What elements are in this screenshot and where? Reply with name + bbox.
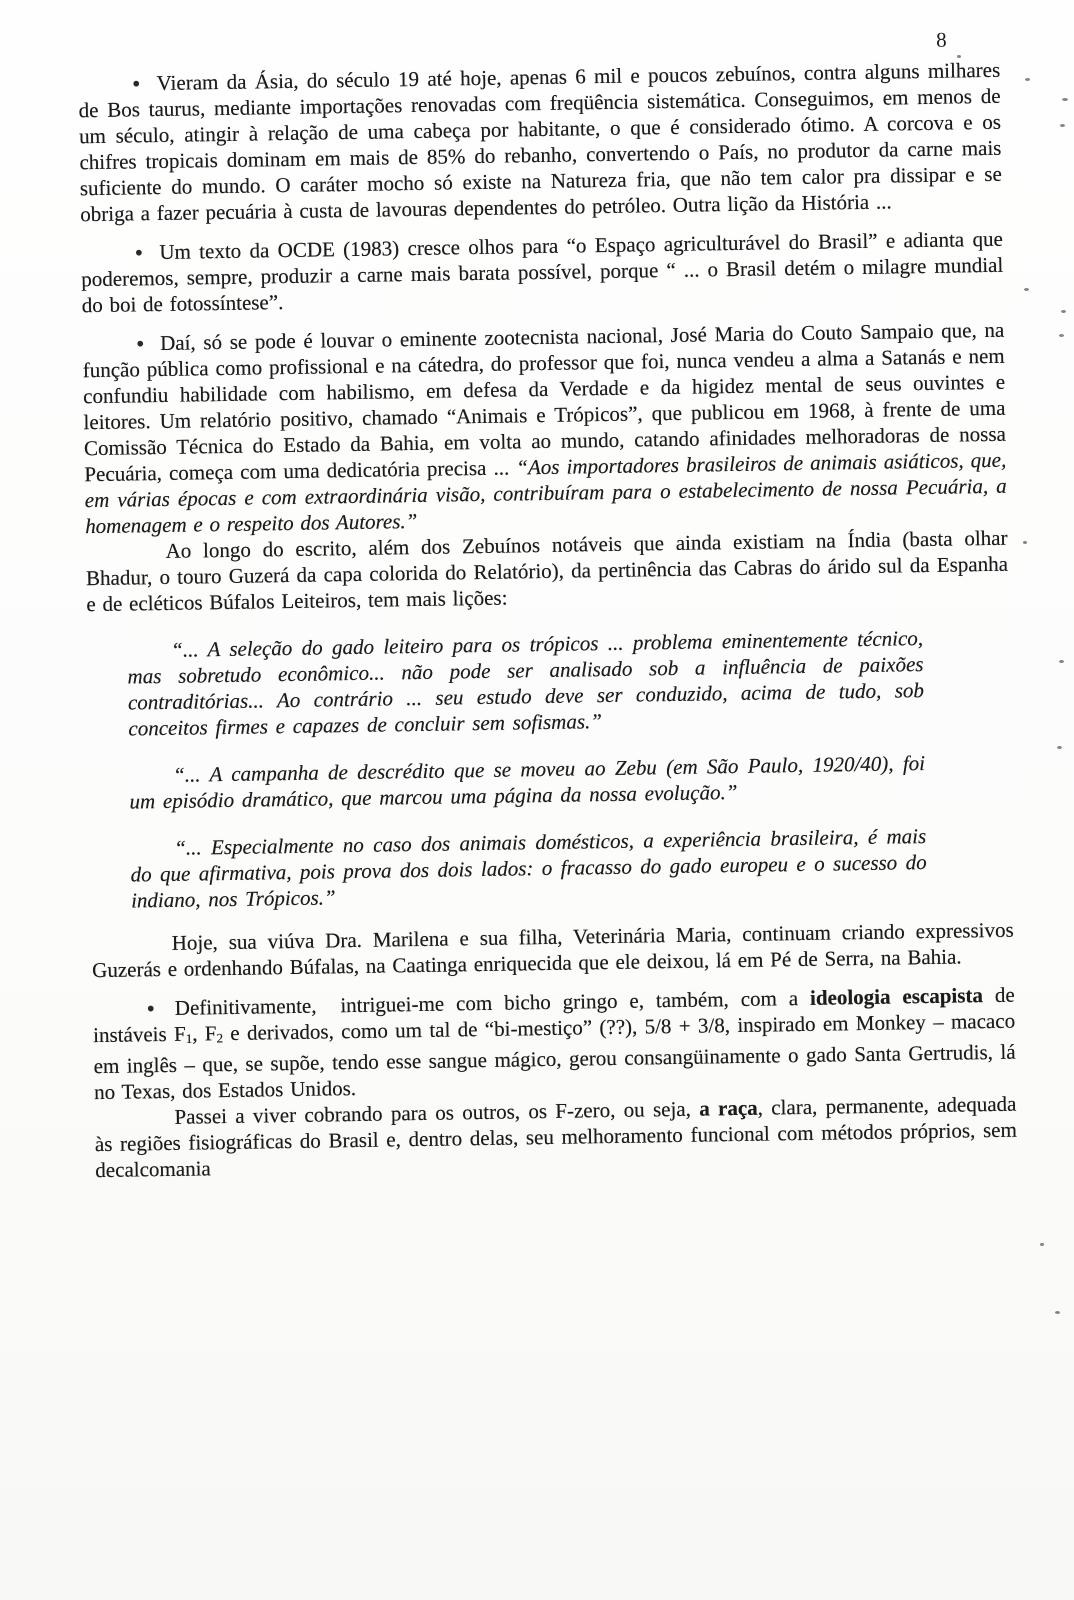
scan-speck [1059, 660, 1064, 663]
text-segment: a raça [699, 1096, 758, 1121]
bullet-icon: ● [147, 1000, 160, 1015]
para-ocde: ●Um texto da OCDE (1983) cresce olhos pa… [81, 226, 1004, 318]
scan-speck [1055, 1311, 1060, 1314]
quote-animais-domesticos: “... Especialmente no caso dos animais d… [130, 823, 927, 913]
scan-content: 8 ●Vieram da Ásia, do século 19 até hoje… [78, 57, 1017, 1184]
para-f-zero: Passei a viver cobrando para os outros, … [94, 1091, 1017, 1183]
quote-selecao-gado-leiteiro: “... A seleção do gado leiteiro para os … [127, 625, 925, 741]
text-segment: Vieram da Ásia, do século 19 até hoje, a… [78, 58, 1001, 226]
scan-speck [1040, 1243, 1044, 1246]
text-segment: Um texto da OCDE (1983) cresce olhos par… [81, 227, 1003, 317]
scan-speck [1059, 334, 1064, 337]
bullet-icon: ● [132, 75, 142, 90]
scan-speck [1025, 78, 1030, 81]
text-segment: ideologia escapista [810, 983, 983, 1010]
para-ao-longo-do-escrito: Ao longo do escrito, além dos Zebuínos n… [85, 525, 1008, 617]
scan-speck [1060, 124, 1065, 127]
para-zebuinos: ●Vieram da Ásia, do século 19 até hoje, … [78, 57, 1002, 227]
scan-speck [1062, 98, 1068, 101]
quote-campanha-descredito: “... A campanha de descrédito que se mov… [129, 750, 926, 814]
para-viuva-marilena: Hoje, sua viúva Dra. Marilena e sua filh… [92, 917, 1015, 983]
bullet-icon: ● [135, 244, 145, 259]
text-segment: “... A campanha de descrédito que se mov… [129, 751, 925, 813]
scan-speck [1057, 746, 1062, 749]
text-segment: Hoje, sua viúva Dra. Marilena e sua filh… [92, 918, 1014, 982]
page-number: 8 [936, 28, 948, 53]
text-segment: e derivados, como um tal de “bi-mestiço”… [94, 1009, 1016, 1105]
document-body: ●Vieram da Ásia, do século 19 até hoje, … [78, 57, 1017, 1184]
text-segment: Ao longo do escrito, além dos Zebuínos n… [86, 526, 1008, 616]
text-segment: “... Especialmente no caso dos animais d… [130, 824, 926, 912]
scan-speck [1061, 310, 1066, 313]
text-segment: “... A seleção do gado leiteiro para os … [127, 626, 924, 740]
para-couto-sampaio: ●Daí, só se pode é louvar o eminente zoo… [82, 317, 1007, 539]
text-segment: , F [192, 1021, 217, 1045]
scan-speck [957, 55, 961, 58]
bullet-icon: ● [136, 335, 145, 350]
para-ideologia-escapista: ●Definitivamente, intriguei-me com bicho… [93, 982, 1017, 1106]
scanned-document-page: 8 ●Vieram da Ásia, do século 19 até hoje… [0, 0, 1074, 1600]
scan-speck [1023, 541, 1027, 544]
scan-speck [1024, 288, 1029, 291]
